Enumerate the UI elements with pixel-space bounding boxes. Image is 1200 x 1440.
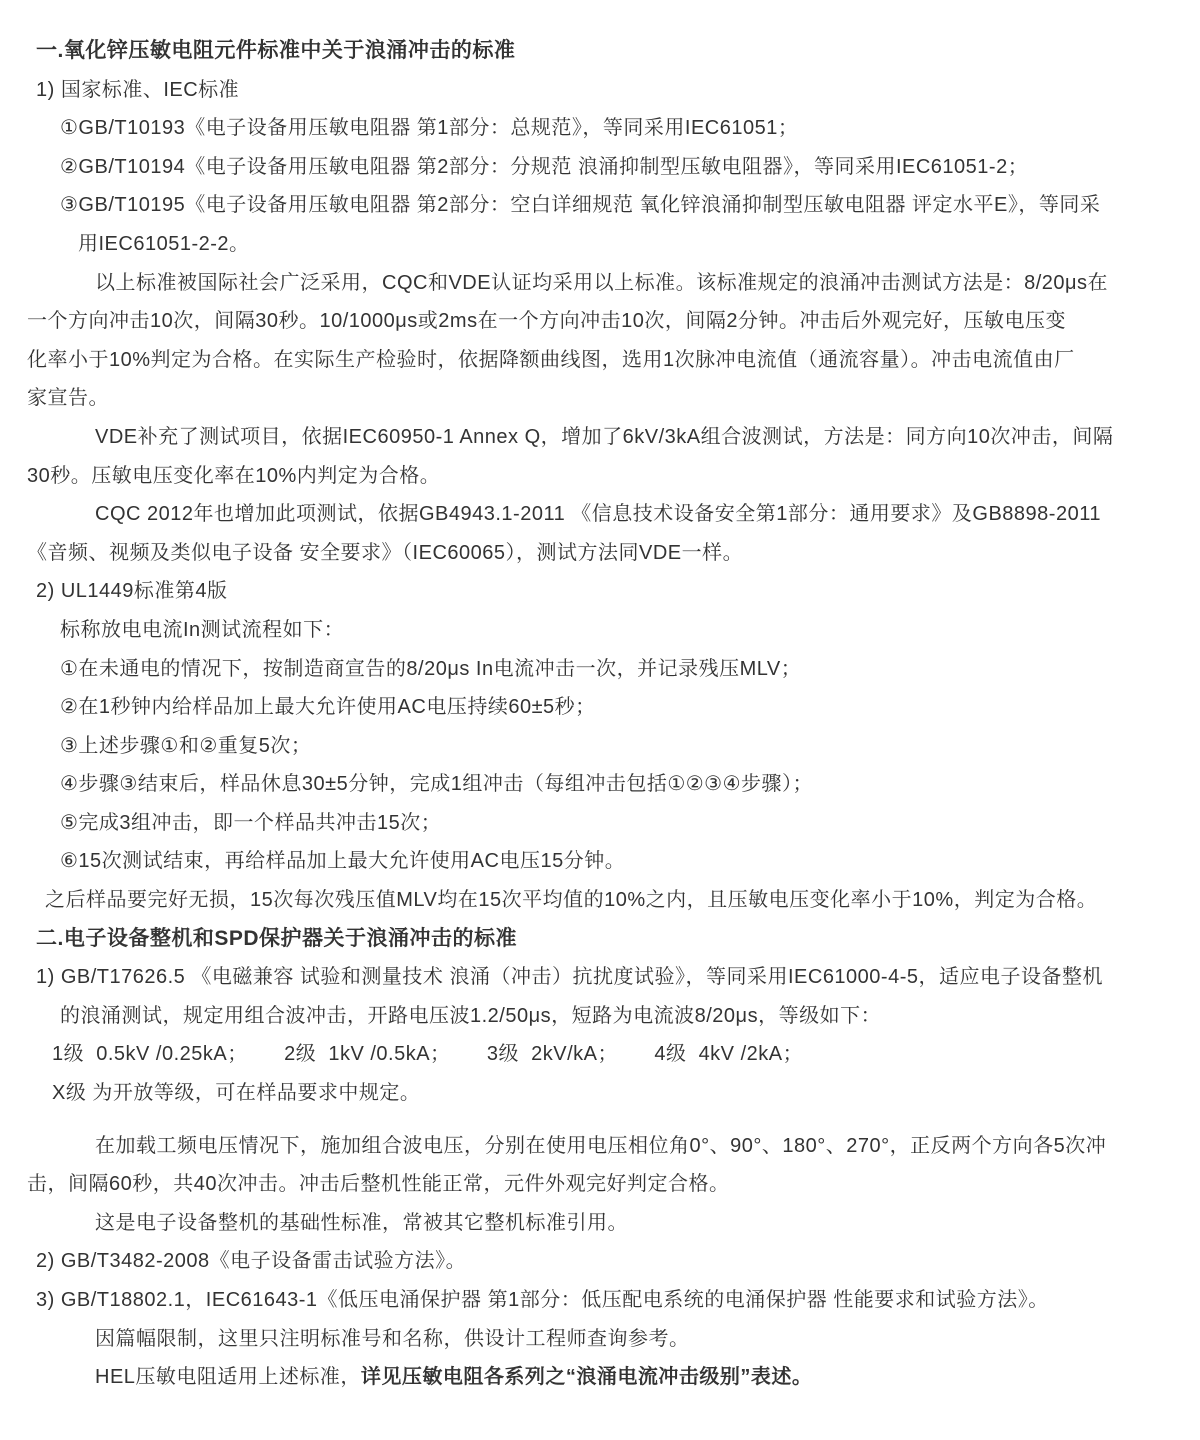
line-ul1449-label: 2) UL1449标准第4版 bbox=[0, 572, 1200, 611]
line-para-basic-std: 这是电子设备整机的基础性标准，常被其它整机标准引用。 bbox=[0, 1204, 1200, 1243]
line-ul1449-step5: ⑤完成3组冲击，即一个样品共冲击15次； bbox=[0, 804, 1200, 843]
line-ul1449-step2: ②在1秒钟内给样品加上最大允许使用AC电压持续60±5秒； bbox=[0, 688, 1200, 727]
document-page: 一.氧化锌压敏电阻元件标准中关于浪涌冲击的标准 1) 国家标准、IEC标准 ①G… bbox=[0, 0, 1200, 1440]
line-para-vde-2: 30秒。压敏电压变化率在10%内判定为合格。 bbox=[0, 457, 1200, 496]
line-para-vde-1: VDE补充了测试项目，依据IEC60950-1 Annex Q，增加了6kV/3… bbox=[0, 418, 1200, 457]
line-std-gbt10195: ③GB/T10195《电子设备用压敏电阻器 第2部分：空白详细规范 氧化锌浪涌抑… bbox=[0, 186, 1200, 225]
line-grade-x: X级 为开放等级，可在样品要求中规定。 bbox=[0, 1074, 1200, 1113]
line-ul1449-intro: 标称放电电流In测试流程如下： bbox=[0, 611, 1200, 650]
line-gbt17626-2: 的浪涌测试，规定用组合波冲击，开路电压波1.2/50μs，短路为电流波8/20μ… bbox=[0, 997, 1200, 1036]
line-ul1449-step6: ⑥15次测试结束，再给样品加上最大允许使用AC电压15分钟。 bbox=[0, 842, 1200, 881]
line-para-adoption-2: 一个方向冲击10次，间隔30秒。10/1000μs或2ms在一个方向冲击10次，… bbox=[0, 302, 1200, 341]
line-std-gbt10194: ②GB/T10194《电子设备用压敏电阻器 第2部分：分规范 浪涌抑制型压敏电阻… bbox=[0, 148, 1200, 187]
line-para-cqc-1: CQC 2012年也增加此项测试，依据GB4943.1-2011 《信息技术设备… bbox=[0, 495, 1200, 534]
line-para-cqc-2: 《音频、视频及类似电子设备 安全要求》（IEC60065），测试方法同VDE一样… bbox=[0, 534, 1200, 573]
line-ul1449-step1: ①在未通电的情况下，按制造商宣告的8/20μs In电流冲击一次，并记录残压ML… bbox=[0, 650, 1200, 689]
line-gbt3482: 2) GB/T3482-2008《电子设备雷击试验方法》。 bbox=[0, 1242, 1200, 1281]
line-hel-note: HEL压敏电阻适用上述标准，详见压敏电阻各系列之“浪涌电流冲击级别”表述。 bbox=[0, 1358, 1200, 1397]
line-para-phase-2: 击，间隔60秒，共40次冲击。冲击后整机性能正常，元件外观完好判定合格。 bbox=[0, 1165, 1200, 1204]
line-ul1449-conclusion: 之后样品要完好无损，15次每次残压值MLV均在15次平均值的10%之内，且压敏电… bbox=[0, 881, 1200, 920]
hel-note-bold: 详见压敏电阻各系列之“浪涌电流冲击级别”表述。 bbox=[361, 1366, 813, 1388]
line-para-phase-1: 在加载工频电压情况下，施加组合波电压，分别在使用电压相位角0°、90°、180°… bbox=[0, 1127, 1200, 1166]
line-gbt17626-1: 1) GB/T17626.5 《电磁兼容 试验和测量技术 浪涌（冲击）抗扰度试验… bbox=[0, 958, 1200, 997]
line-std-gbt10193: ①GB/T10193《电子设备用压敏电阻器 第1部分：总规范》，等同采用IEC6… bbox=[0, 109, 1200, 148]
line-note-reference: 因篇幅限制，这里只注明标准号和名称，供设计工程师查询参考。 bbox=[0, 1320, 1200, 1359]
line-surge-grades: 1级 0.5kV /0.25kA； 2级 1kV /0.5kA； 3级 2kV/… bbox=[0, 1035, 1200, 1074]
line-para-adoption-3: 化率小于10%判定为合格。在实际生产检验时，依据降额曲线图，选用1次脉冲电流值（… bbox=[0, 341, 1200, 380]
line-national-std-label: 1) 国家标准、IEC标准 bbox=[0, 71, 1200, 110]
line-gbt18802: 3) GB/T18802.1，IEC61643-1《低压电涌保护器 第1部分：低… bbox=[0, 1281, 1200, 1320]
line-para-adoption-4: 家宣告。 bbox=[0, 379, 1200, 418]
line-para-adoption-1: 以上标准被国际社会广泛采用，CQC和VDE认证均采用以上标准。该标准规定的浪涌冲… bbox=[0, 264, 1200, 303]
section2-heading: 二.电子设备整机和SPD保护器关于浪涌冲击的标准 bbox=[0, 920, 1200, 959]
section1-heading: 一.氧化锌压敏电阻元件标准中关于浪涌冲击的标准 bbox=[0, 32, 1200, 71]
line-ul1449-step3: ③上述步骤①和②重复5次； bbox=[0, 727, 1200, 766]
hel-note-regular: HEL压敏电阻适用上述标准， bbox=[95, 1366, 361, 1388]
line-ul1449-step4: ④步骤③结束后，样品休息30±5分钟，完成1组冲击（每组冲击包括①②③④步骤）； bbox=[0, 765, 1200, 804]
line-std-gbt10195-cont: 用IEC61051-2-2。 bbox=[0, 225, 1200, 264]
